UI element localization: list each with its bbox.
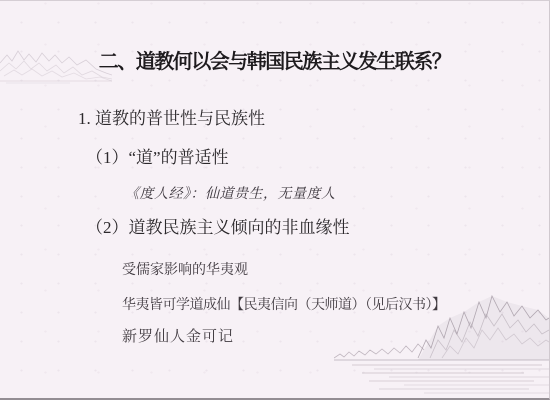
outline-point-1-1: （1）“道”的普适性 <box>86 149 229 166</box>
slide-title: 二、道教何以会与韩国民族主义发生联系？ <box>0 52 549 72</box>
outline-point-1-2: （2）道教民族主义倾向的非血缘性 <box>86 219 350 236</box>
mountain-landscape-icon <box>334 278 549 398</box>
outline-point-1: 1. 道教的普世性与民族性 <box>78 110 265 127</box>
scripture-quote: 《度人经》：仙道贵生，无量度人 <box>125 188 336 202</box>
sub-detail-1: 受儒家影响的华夷观 <box>122 264 248 278</box>
presentation-slide: 二、道教何以会与韩国民族主义发生联系？ 1. 道教的普世性与民族性 （1）“道”… <box>0 0 550 400</box>
sub-detail-2: 华夷皆可学道成仙【民夷信向（天师道）（见后汉书）】 <box>122 299 446 313</box>
sub-detail-3: 新罗仙人金可记 <box>122 330 234 345</box>
